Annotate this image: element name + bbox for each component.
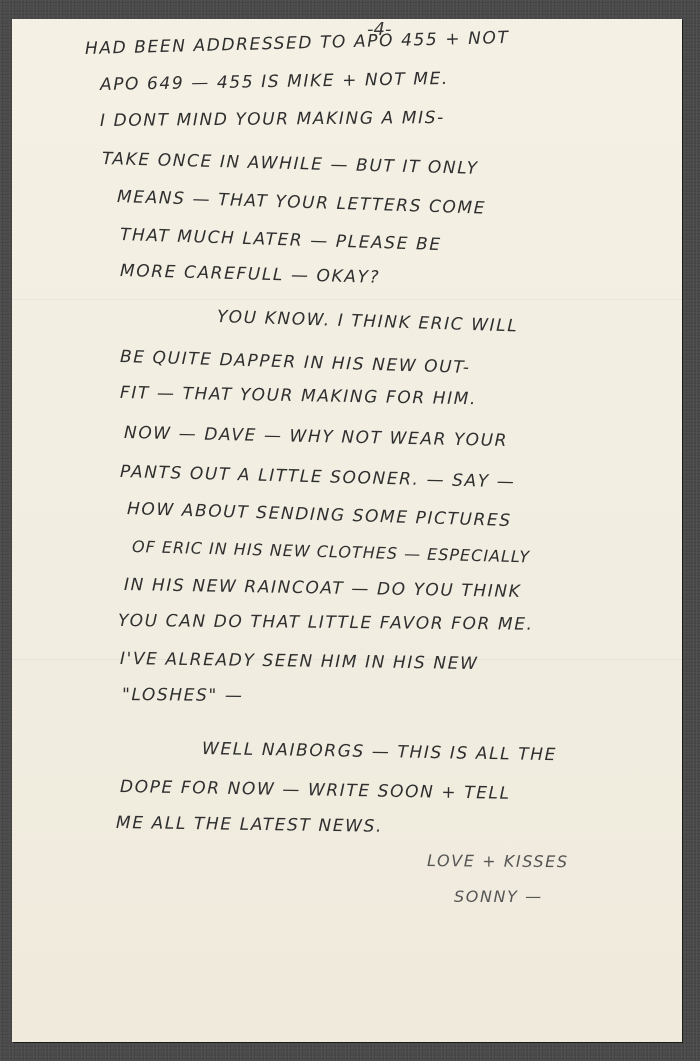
letter-line: that much later — Please be (120, 225, 442, 255)
letter-line: fit — that your making for him. (120, 383, 477, 409)
letter-line: of Eric in his new clothes — Especially (132, 537, 531, 566)
letter-line: How about sending some pictures (127, 499, 512, 531)
letter-line: me all the latest news. (116, 813, 383, 837)
letter-page: -4- Had been addressed to APO 455 + not … (12, 19, 682, 1042)
letter-line: take once in awhile — but it only (102, 149, 479, 179)
letter-line: I've already seen him in his new (120, 649, 479, 674)
letter-line: APO 649 — 455 is Mike + not me. (100, 69, 449, 95)
letter-line: I dont mind your making a mis- (100, 108, 445, 131)
letter-line: Now — Dave — why not wear your (124, 423, 508, 451)
letter-line: "Loshes" — (122, 685, 244, 706)
letter-line: Had been addressed to APO 455 + not (85, 28, 510, 59)
letter-line: means — that your letters come (117, 187, 487, 219)
letter-line: dope for now — Write soon + tell (120, 777, 511, 804)
paper-fold (12, 299, 682, 300)
letter-signature: Sonny — (454, 887, 543, 906)
letter-line: you can do that little favor for me. (118, 611, 534, 635)
letter-line: Well Naiborgs — this is all the (202, 739, 557, 765)
letter-line: in his new raincoat — Do you think (124, 575, 522, 602)
letter-closing: Love + Kisses (427, 851, 569, 871)
letter-line: pants out a little sooner. — Say — (120, 462, 516, 492)
letter-line: You know. I think Eric will (217, 307, 519, 336)
letter-line: more carefull — Okay? (120, 261, 381, 288)
letter-line: be quite dapper in his new out- (120, 347, 471, 378)
